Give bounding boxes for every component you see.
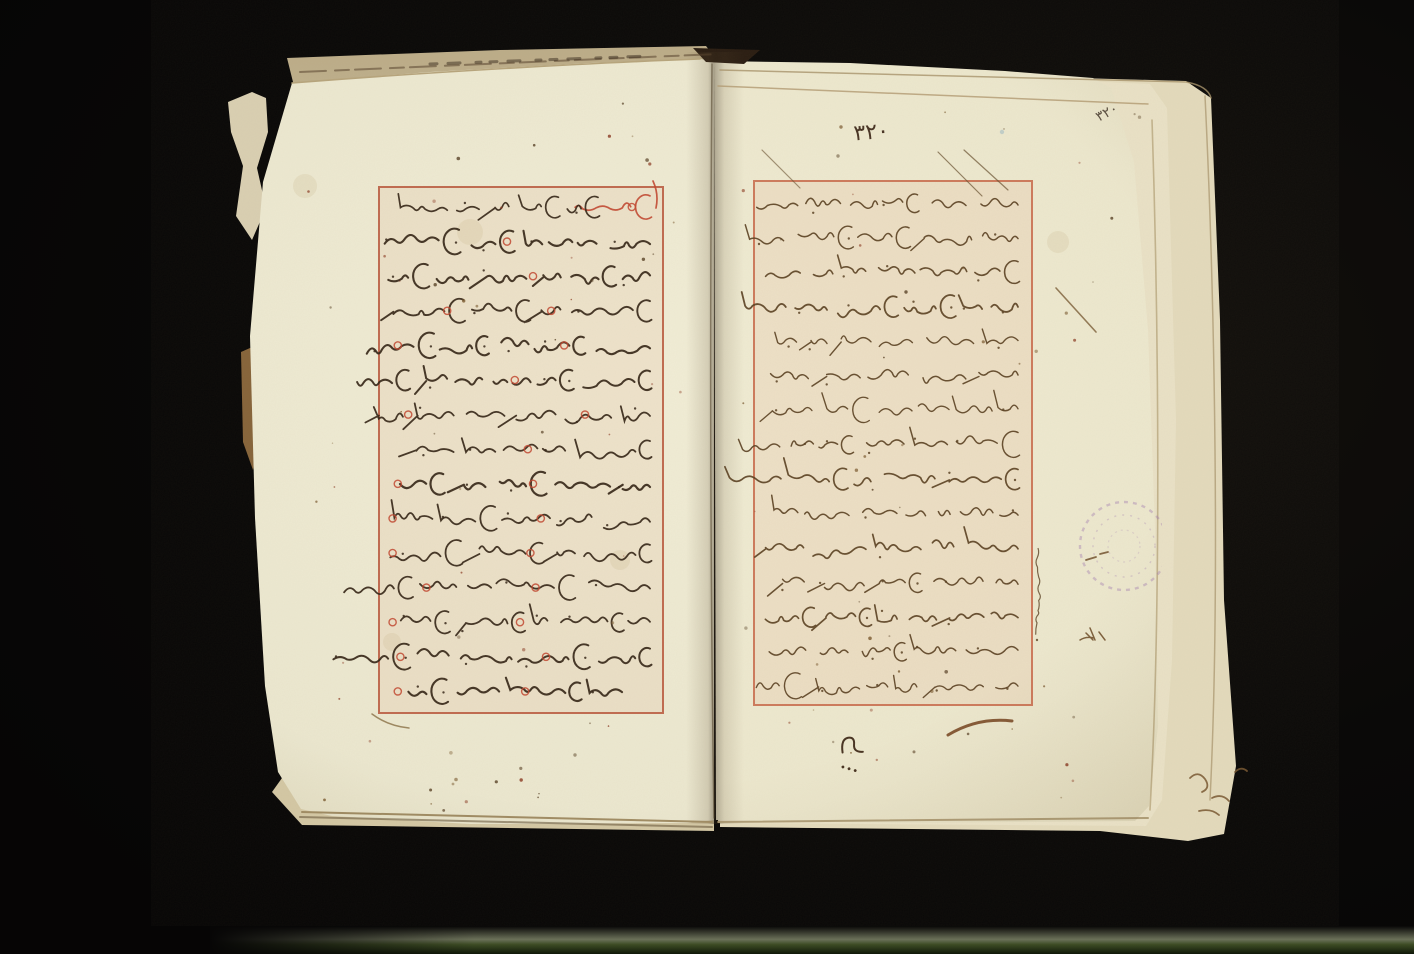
film-light-band-fade [210,926,475,954]
right-text-frame-inner-rule [758,185,1028,701]
photo-canvas: ٣٢٠ ٣٢٠ [0,0,1414,954]
film-light-band [210,926,1414,954]
right-text-frame [753,180,1033,706]
left-text-frame [378,186,664,714]
left-text-frame-inner-rule [383,191,659,709]
page-number: ٣٢٠ [853,115,936,158]
